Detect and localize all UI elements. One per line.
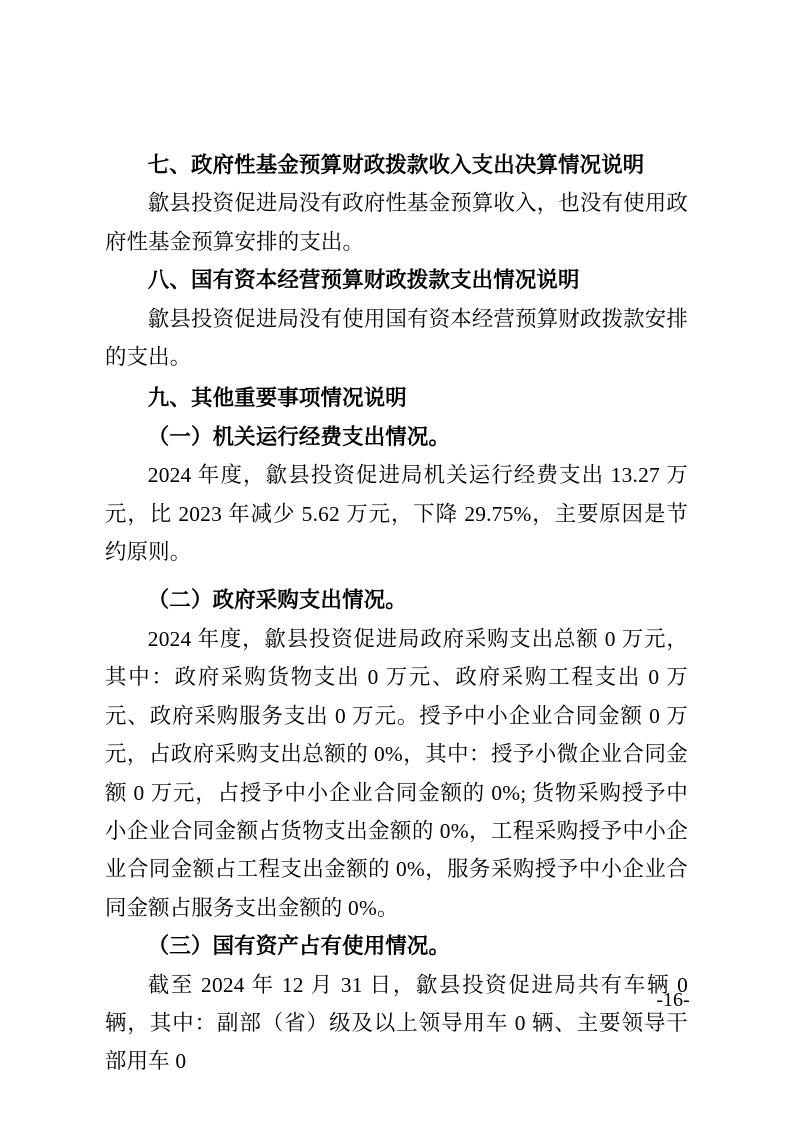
state-capital-budget-paragraph: 歙县投资促进局没有使用国有资本经营预算财政拨款安排的支出。 xyxy=(105,300,688,377)
page-number: -16- xyxy=(648,988,698,1012)
page-content: 七、政府性基金预算财政拨款收入支出决算情况说明 歙县投资促进局没有政府性基金预算… xyxy=(105,146,688,1081)
subsection-heading-operating-expenses: （一）机关运行经费支出情况。 xyxy=(105,418,688,456)
gov-procurement-paragraph: 2024 年度，歙县投资促进局政府采购支出总额 0 万元，其中：政府采购货物支出… xyxy=(105,620,688,927)
subsection-heading-state-assets: （三）国有资产占有使用情况。 xyxy=(105,927,688,965)
section-heading-other-important-matters: 九、其他重要事项情况说明 xyxy=(105,379,688,417)
gov-fund-budget-paragraph: 歙县投资促进局没有政府性基金预算收入，也没有使用政府性基金预算安排的支出。 xyxy=(105,184,688,261)
document-page: 七、政府性基金预算财政拨款收入支出决算情况说明 歙县投资促进局没有政府性基金预算… xyxy=(0,0,793,1122)
section-heading-gov-fund-budget: 七、政府性基金预算财政拨款收入支出决算情况说明 xyxy=(105,146,688,184)
section-heading-state-capital-budget: 八、国有资本经营预算财政拨款支出情况说明 xyxy=(105,261,688,299)
state-assets-paragraph: 截至 2024 年 12 月 31 日，歙县投资促进局共有车辆 0 辆，其中：副… xyxy=(105,966,688,1081)
subsection-heading-gov-procurement: （二）政府采购支出情况。 xyxy=(105,581,688,619)
operating-expenses-paragraph: 2024 年度，歙县投资促进局机关运行经费支出 13.27 万元，比 2023 … xyxy=(105,456,688,571)
